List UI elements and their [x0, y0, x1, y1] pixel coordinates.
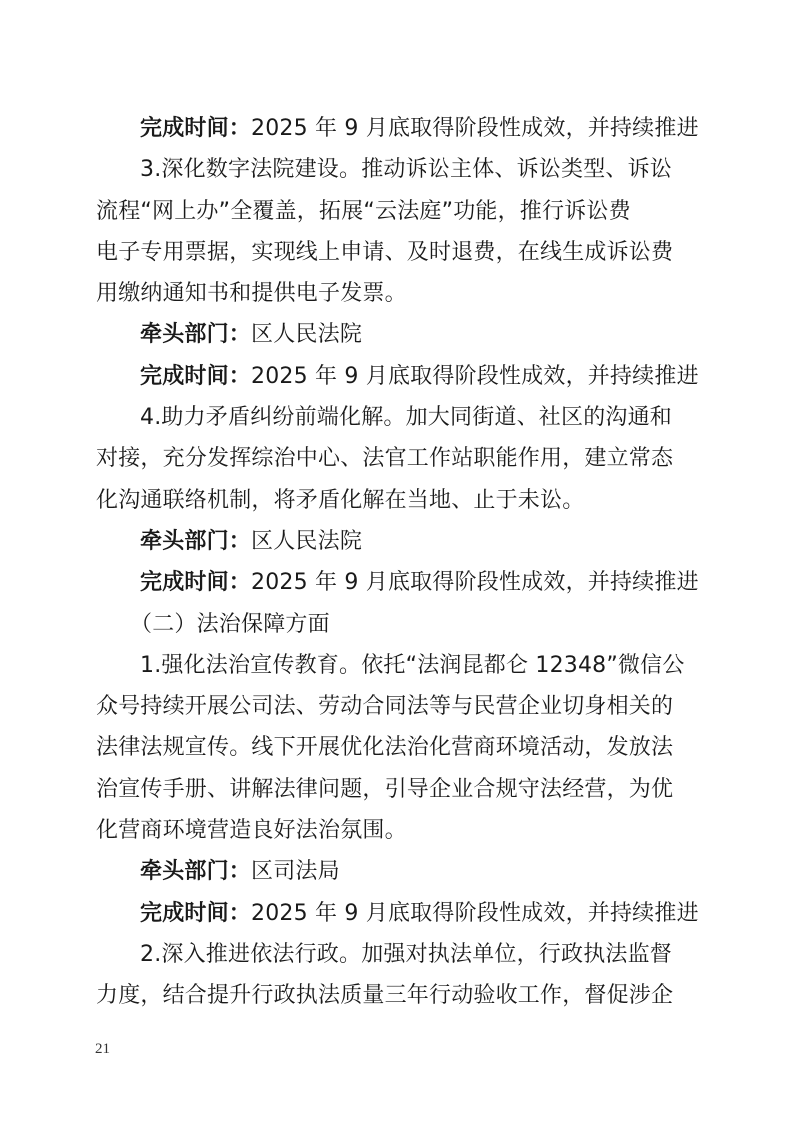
paragraph-line: 流程“网上办”全覆盖，拓展“云法庭”功能，推行诉讼费 — [96, 191, 700, 232]
completion-time-value: 2025 年 9 月底取得阶段性成效，并持续推进 — [251, 116, 699, 141]
paragraph-line: 对接，充分发挥综治中心、法官工作站职能作用，建立常态 — [96, 438, 700, 479]
lead-department-label: 牵头部门： — [140, 859, 251, 884]
lead-department-label: 牵头部门： — [140, 322, 251, 347]
lead-department-line: 牵头部门：区司法局 — [96, 851, 700, 892]
paragraph-line: 用缴纳通知书和提供电子发票。 — [96, 273, 700, 314]
paragraph-line: 4.助力矛盾纠纷前端化解。加大同街道、社区的沟通和 — [96, 397, 700, 438]
paragraph-line: 1.强化法治宣传教育。依托“法润昆都仑 12348”微信公 — [96, 645, 700, 686]
completion-time-line: 完成时间：2025 年 9 月底取得阶段性成效，并持续推进 — [96, 893, 700, 934]
completion-time-label: 完成时间： — [140, 901, 251, 926]
document-page: 完成时间：2025 年 9 月底取得阶段性成效，并持续推进 3.深化数字法院建设… — [96, 108, 700, 1017]
completion-time-line: 完成时间：2025 年 9 月底取得阶段性成效，并持续推进 — [96, 108, 700, 149]
completion-time-value: 2025 年 9 月底取得阶段性成效，并持续推进 — [251, 364, 699, 389]
page-number: 21 — [95, 1041, 110, 1058]
paragraph-line: 众号持续开展公司法、劳动合同法等与民营企业切身相关的 — [96, 686, 700, 727]
paragraph-line: 化沟通联络机制，将矛盾化解在当地、止于未讼。 — [96, 480, 700, 521]
completion-time-value: 2025 年 9 月底取得阶段性成效，并持续推进 — [251, 901, 699, 926]
lead-department-line: 牵头部门：区人民法院 — [96, 521, 700, 562]
lead-department-value: 区人民法院 — [251, 529, 362, 554]
paragraph-line: 3.深化数字法院建设。推动诉讼主体、诉讼类型、诉讼 — [96, 149, 700, 190]
completion-time-line: 完成时间：2025 年 9 月底取得阶段性成效，并持续推进 — [96, 562, 700, 603]
completion-time-value: 2025 年 9 月底取得阶段性成效，并持续推进 — [251, 570, 699, 595]
paragraph-line: 电子专用票据，实现线上申请、及时退费，在线生成诉讼费 — [96, 232, 700, 273]
completion-time-label: 完成时间： — [140, 116, 251, 141]
paragraph-line: 2.深入推进依法行政。加强对执法单位，行政执法监督 — [96, 934, 700, 975]
completion-time-line: 完成时间：2025 年 9 月底取得阶段性成效，并持续推进 — [96, 356, 700, 397]
paragraph-line: 力度，结合提升行政执法质量三年行动验收工作，督促涉企 — [96, 975, 700, 1016]
lead-department-line: 牵头部门：区人民法院 — [96, 314, 700, 355]
lead-department-value: 区司法局 — [251, 859, 340, 884]
completion-time-label: 完成时间： — [140, 364, 251, 389]
completion-time-label: 完成时间： — [140, 570, 251, 595]
lead-department-label: 牵头部门： — [140, 529, 251, 554]
lead-department-value: 区人民法院 — [251, 322, 362, 347]
paragraph-line: 治宣传手册、讲解法律问题，引导企业合规守法经营，为优 — [96, 769, 700, 810]
section-heading: （二）法治保障方面 — [96, 604, 700, 645]
paragraph-line: 法律法规宣传。线下开展优化法治化营商环境活动，发放法 — [96, 727, 700, 768]
paragraph-line: 化营商环境营造良好法治氛围。 — [96, 810, 700, 851]
